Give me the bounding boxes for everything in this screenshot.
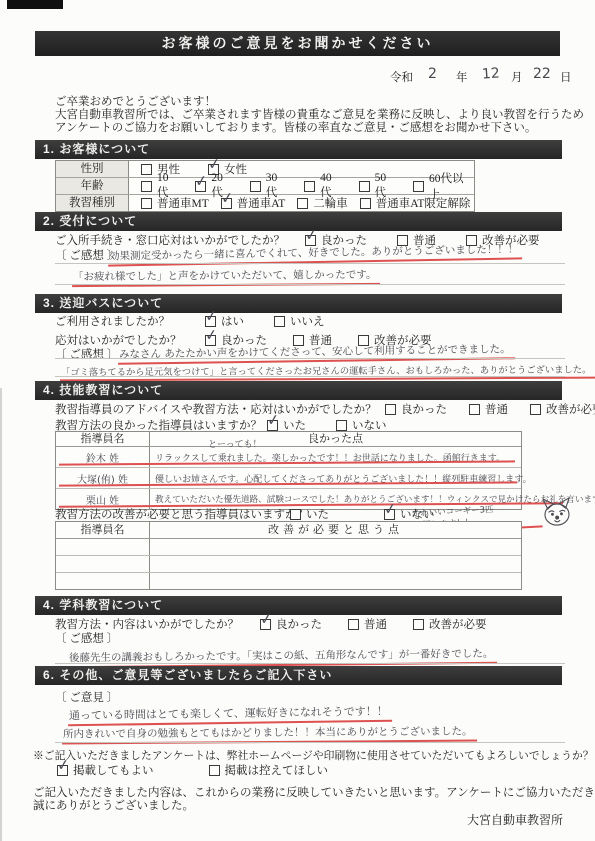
age-label: 年齢 bbox=[56, 178, 129, 194]
checkbox: ✓ bbox=[141, 181, 152, 192]
checkbox-option-at-limited[interactable]: ✓普通車AT限定解除 bbox=[360, 195, 471, 211]
option-label: 改善が必要 bbox=[429, 616, 487, 632]
good-instructor-table: 指導員名 良かった点 鈴木 姓 リラックスして乗れました。楽しかったです！！お世… bbox=[55, 431, 522, 510]
option-label: いた bbox=[306, 506, 329, 522]
table-row: 鈴木 姓 リラックスして乗れました。楽しかったです！！お世話になりました。函館行… bbox=[56, 447, 521, 468]
section-reception-header: 2. 受付について bbox=[35, 212, 562, 231]
other-comment-label: 〔 ご意見 〕 bbox=[55, 689, 118, 705]
option-label: 普通車AT限定解除 bbox=[376, 195, 471, 211]
option-label: はい bbox=[221, 313, 244, 329]
writing-line[interactable] bbox=[55, 376, 565, 377]
section-customer-header: 1. お客様について bbox=[35, 140, 562, 159]
empty-table-row[interactable] bbox=[56, 573, 521, 589]
course-row: 教習種別 ✓普通車MT ✓普通車AT ✓二輪車 ✓普通車AT限定解除 bbox=[56, 195, 474, 211]
checkmark-icon: ✓ bbox=[220, 188, 235, 208]
checkmark-icon: ✓ bbox=[259, 609, 274, 629]
checkbox-option-ita[interactable]: ✓いた bbox=[290, 506, 329, 522]
checkbox-option-normal[interactable]: ✓普通 bbox=[469, 401, 508, 417]
checkmark-icon: ✓ bbox=[207, 154, 222, 174]
checkbox: ✓ bbox=[290, 509, 301, 520]
writing-line[interactable] bbox=[55, 284, 565, 285]
checkbox-option-allow-publication[interactable]: ✓掲載してもよい bbox=[57, 762, 154, 778]
age-row: 年齢 ✓10代 ✓20代 ✓30代 ✓40代 ✓50代 ✓60代以上 bbox=[56, 178, 474, 195]
corgi-doodle-icon bbox=[539, 495, 575, 531]
option-label: 普通 bbox=[485, 401, 508, 417]
option-label: 良かった bbox=[276, 616, 322, 632]
checkbox: ✓ bbox=[359, 181, 370, 192]
checkbox-option-normal[interactable]: ✓普通 bbox=[348, 616, 387, 632]
checkbox-option-decline-publication[interactable]: ✓掲載は控えてほしい bbox=[209, 762, 329, 778]
checkbox: ✓ bbox=[260, 619, 271, 630]
writing-line[interactable] bbox=[55, 358, 565, 359]
date-year-label: 年 bbox=[456, 69, 468, 85]
checkmark-icon: ✓ bbox=[266, 410, 281, 430]
checkbox: ✓ bbox=[57, 765, 68, 776]
checkbox: ✓ bbox=[141, 198, 152, 209]
checkbox: ✓ bbox=[348, 619, 359, 630]
checkbox: ✓ bbox=[530, 404, 541, 415]
checkbox: ✓ bbox=[267, 420, 278, 431]
option-label: 二輪車 bbox=[313, 195, 348, 211]
checkbox: ✓ bbox=[250, 181, 261, 192]
checkmark-icon: ✓ bbox=[383, 499, 398, 519]
bus-used-question-row: ご利用されましたか？ ✓はい ✓いいえ bbox=[55, 313, 325, 329]
scan-artifact bbox=[7, 0, 63, 9]
date-day-label: 日 bbox=[560, 69, 572, 85]
option-label: 普通車AT bbox=[237, 195, 286, 211]
option-label: いいえ bbox=[290, 313, 325, 329]
checkbox: ✓ bbox=[304, 181, 315, 192]
bus-comment-label: 〔 ご感想 〕 bbox=[55, 346, 118, 362]
empty-table-row[interactable] bbox=[56, 556, 521, 573]
date-era: 令和 bbox=[390, 69, 413, 85]
checkbox-option-needs-improvement[interactable]: ✓改善が必要 bbox=[413, 616, 487, 632]
bus-used-question: ご利用されましたか？ bbox=[55, 313, 205, 329]
course-label: 教習種別 bbox=[56, 195, 129, 211]
skill-advice-question-row: 教習指導員のアドバイスや教習方法・応対はいかがでしたか？ ✓良かった ✓普通 ✓… bbox=[55, 401, 595, 417]
option-label: 改善が必要 bbox=[546, 401, 595, 417]
checkbox-option-no[interactable]: ✓いいえ bbox=[274, 313, 325, 329]
lecture-question-row: 教習方法・内容はいかがでしたか？ ✓良かった ✓普通 ✓改善が必要 bbox=[55, 616, 487, 632]
school-signature: 大宮自動車教習所 bbox=[467, 811, 563, 828]
date-month-value: 12 bbox=[481, 65, 500, 82]
page-title: お客様のご意見をお聞かせください bbox=[35, 31, 560, 56]
checkmark-icon: ✓ bbox=[304, 225, 319, 245]
date-year-value: 2 bbox=[428, 66, 437, 82]
option-label: 普通車MT bbox=[157, 195, 209, 211]
checkbox: ✓ bbox=[360, 198, 371, 209]
checkmark-icon: ✓ bbox=[194, 171, 209, 191]
skill-bad-instructor-question-row: 教習方法の改善が必要と思う指導員はいますか？ ✓いた ✓いない bbox=[55, 506, 435, 522]
checkbox: ✓ bbox=[385, 404, 396, 415]
checkbox: ✓ bbox=[274, 316, 285, 327]
checkbox-option-mt[interactable]: ✓普通車MT bbox=[141, 195, 209, 211]
checkbox: ✓ bbox=[297, 198, 308, 209]
checkbox-option-at[interactable]: ✓普通車AT bbox=[221, 195, 286, 211]
section-bus-header: 3. 送迎バスについて bbox=[35, 294, 562, 313]
checkbox-option-motorcycle[interactable]: ✓二輪車 bbox=[297, 195, 348, 211]
other-comment-2: 所内きれいで自身の勉強もとてもはかどりました！！本当にありがとうございました。 bbox=[62, 722, 477, 745]
publication-permission-question: ※ご記入いただきましたアンケートは、弊社ホームページや印刷物に使用させていただい… bbox=[33, 748, 594, 763]
checkmark-icon: ✓ bbox=[56, 755, 71, 775]
customer-table: 性別 ✓男性 ✓女性 年齢 ✓10代 ✓20代 ✓30代 ✓40代 ✓50代 ✓… bbox=[55, 160, 475, 212]
section-other-header: 6. その他、ご意見等ございましたらご記入下さい bbox=[35, 666, 562, 685]
option-label: 掲載は控えてほしい bbox=[225, 762, 329, 778]
lecture-comment-label: 〔 ご感想 〕 bbox=[55, 630, 118, 646]
scan-edge-line bbox=[0, 388, 2, 841]
column-header-improvement-points: 改善が必要と思う点 bbox=[150, 522, 521, 538]
instructor-name: 栗山 姓 bbox=[86, 492, 119, 507]
lecture-comment-1: 後藤先生の講義おもしろかったです。「実はこの紙、五角形なんです」が一番好きでした… bbox=[68, 644, 498, 668]
checkbox: ✓ bbox=[413, 181, 424, 192]
option-label: 良かった bbox=[401, 401, 447, 417]
table-annotation: とーっても！ bbox=[208, 434, 262, 452]
gender-label: 性別 bbox=[56, 161, 129, 177]
writing-line[interactable] bbox=[55, 742, 565, 743]
checkbox: ✓ bbox=[469, 404, 480, 415]
checkbox-option-good[interactable]: ✓良かった bbox=[385, 401, 447, 417]
column-header-instructor-name: 指導員名 bbox=[56, 432, 150, 446]
column-header-instructor-name: 指導員名 bbox=[56, 522, 150, 538]
bus-comment-2: 「ゴミ落ちてるから足元気をつけて」と言ってくださったお兄さんの運転手さん、おもし… bbox=[60, 360, 595, 382]
bad-instructor-table: 指導員名 改善が必要と思う点 bbox=[55, 521, 522, 590]
date-month-label: 月 bbox=[511, 69, 523, 85]
writing-line[interactable] bbox=[55, 263, 565, 264]
checkbox-option-good[interactable]: ✓良かった bbox=[260, 616, 322, 632]
option-label: 普通 bbox=[364, 616, 387, 632]
option-label: 掲載してもよい bbox=[73, 762, 154, 778]
checkmark-icon: ✓ bbox=[204, 306, 219, 326]
closing-line-2: 誠にありがとうございました。 bbox=[33, 797, 194, 813]
intro-line-3: アンケートのご協力をお願いしております。皆様の率直なご意見・ご感想をお聞かせ下さ… bbox=[55, 119, 536, 135]
publication-permission-options: ✓掲載してもよい ✓掲載は控えてほしい bbox=[57, 762, 328, 778]
checkbox: ✓ bbox=[209, 765, 220, 776]
checkbox: ✓ bbox=[195, 181, 206, 192]
table-row: 大塚(侑) 姓 優しいお姉さんです。心配してくださってありがとうございました！！… bbox=[56, 468, 521, 489]
checkmark-icon: ✓ bbox=[204, 325, 219, 345]
checkbox: ✓ bbox=[413, 619, 424, 630]
empty-table-row[interactable] bbox=[56, 539, 521, 556]
checkbox-option-needs-improvement[interactable]: ✓改善が必要 bbox=[530, 401, 595, 417]
checkbox: ✓ bbox=[336, 420, 347, 431]
checkbox: ✓ bbox=[384, 509, 395, 520]
checkbox: ✓ bbox=[221, 198, 232, 209]
column-header-good-points: 良かった点 bbox=[150, 432, 521, 446]
section-skill-header: 4. 技能教習について bbox=[35, 381, 562, 400]
skill-advice-question: 教習指導員のアドバイスや教習方法・応対はいかがでしたか？ bbox=[55, 401, 385, 417]
date-day-value: 22 bbox=[533, 66, 551, 82]
writing-line[interactable] bbox=[55, 663, 565, 664]
section-lecture-header: 4. 学科教習について bbox=[35, 596, 562, 615]
skill-bad-instructor-question: 教習方法の改善が必要と思う指導員はいますか？ bbox=[55, 506, 290, 522]
survey-page: お客様のご意見をお聞かせください 令和 2 年 12 月 22 日 ご卒業おめで… bbox=[0, 0, 595, 841]
